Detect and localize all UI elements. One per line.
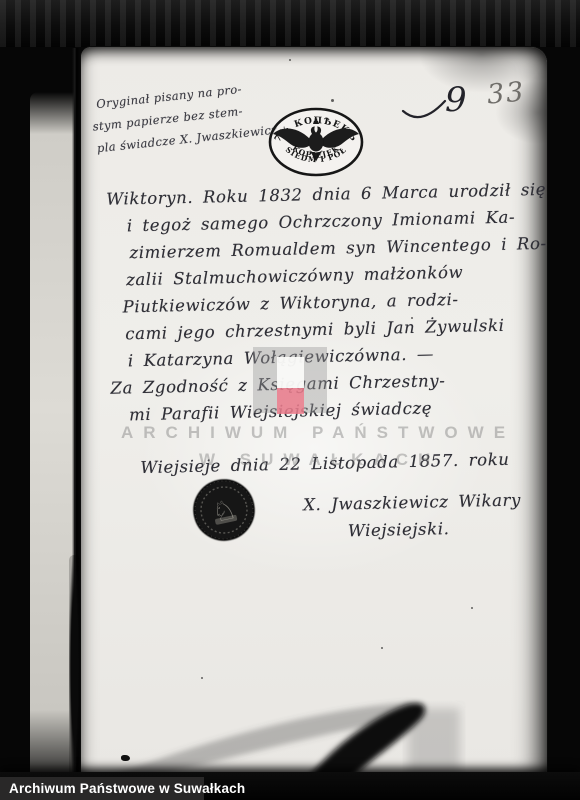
record-signature: X. Jwaszkiewicz Wikary — [303, 486, 540, 518]
ink-speck — [289, 59, 291, 61]
page-number-ink-digit: 9 — [445, 80, 467, 120]
ink-speck — [411, 317, 413, 319]
bookmark-ribbon — [80, 672, 480, 782]
watermark-flag-red — [277, 388, 304, 414]
watermark-flag-logo — [253, 347, 327, 413]
record-signature-2: Wiejsiejski. — [348, 513, 541, 544]
watermark-flag-white — [277, 357, 304, 388]
page-number-pencil: 33 — [486, 76, 527, 110]
page-fold-shadow-lower — [69, 555, 80, 777]
ink-speck — [331, 99, 334, 102]
archive-caption-label: Archiwum Państwowe w Suwałkach — [0, 777, 204, 800]
watermark-text-line1: ARCHIWUM PAŃSTWOWE — [121, 423, 521, 443]
archival-photo: Oryginał pisany na pro- stym papierze be… — [0, 0, 580, 800]
page-number-ink: 9 — [399, 75, 481, 125]
underlying-page-edge — [30, 92, 74, 794]
parish-seal: ♘ — [182, 468, 265, 551]
document-page: Oryginał pisany na pro- stym papierze be… — [81, 47, 547, 776]
revenue-stamp: 7½ КОПѢЕКЪ KOPIEJEK SIEDM I PÓŁ — [266, 103, 366, 181]
ink-speck — [381, 647, 383, 649]
ink-speck — [471, 607, 473, 609]
book-top-edge — [0, 0, 580, 47]
watermark-text-line2: W SUWAŁKACH — [199, 450, 440, 470]
